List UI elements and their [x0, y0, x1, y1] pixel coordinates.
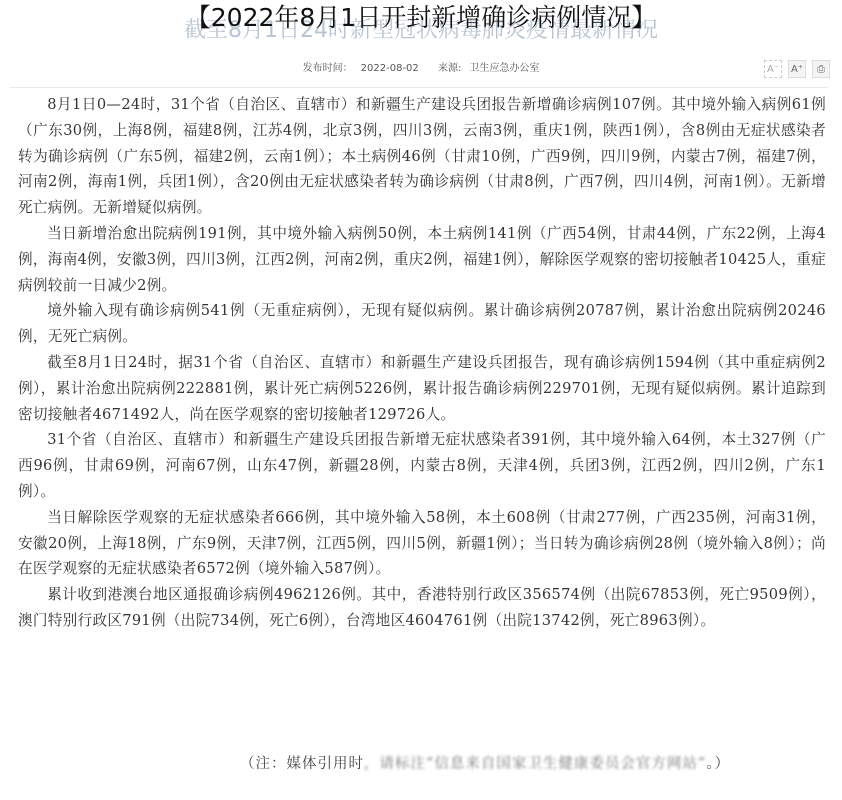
- font-decrease-icon: A⁻: [767, 64, 779, 75]
- paragraph-cumulative: 截至8月1日24时，据31个省（自治区、直辖市）和新疆生产建设兵团报告，现有确诊…: [18, 350, 826, 427]
- article-meta: 发布时间：2022-08-02 来源:卫生应急办公室: [0, 59, 842, 74]
- source-label: 来源:: [438, 63, 461, 74]
- paragraph-imported-current: 境外输入现有确诊病例541例（无重症病例），无现有疑似病例。累计确诊病例2078…: [18, 298, 826, 350]
- overlay-title: 【2022年8月1日开封新增确诊病例情况】: [0, 2, 842, 34]
- decrease-font-button[interactable]: A⁻: [764, 60, 782, 78]
- font-increase-icon: A⁺: [791, 64, 803, 75]
- citation-note: （注：媒体引用时，请标注“信息来自国家卫生健康委员会官方网站”。）: [240, 752, 820, 773]
- paragraph-recovered: 当日新增治愈出院病例191例，其中境外输入病例50例，本土病例141例（广西54…: [18, 221, 826, 298]
- paragraph-hk-macao-taiwan: 累计收到港澳台地区通报确诊病例4962126例。其中，香港特别行政区356574…: [18, 582, 826, 634]
- note-blurred: ，请标注“信息来自国家卫生健康委员会官方网站”: [364, 756, 706, 772]
- publish-date: 2022-08-02: [361, 63, 419, 74]
- paragraph-asymptomatic-released: 当日解除医学观察的无症状感染者666例，其中境外输入58例，本土608例（甘肃2…: [18, 505, 826, 582]
- source-info: 来源:卫生应急办公室: [434, 63, 543, 74]
- article-toolbar: A⁻ A⁺ ⎙: [764, 60, 830, 78]
- publish-label-text: 发布时间：: [303, 63, 353, 74]
- publish-label: 发布时间：2022-08-02: [299, 63, 423, 74]
- article-body: 8月1日0—24时，31个省（自治区、直辖市）和新疆生产建设兵团报告新增确诊病例…: [18, 92, 826, 634]
- header-divider: [10, 87, 828, 88]
- paragraph-new-cases: 8月1日0—24时，31个省（自治区、直辖市）和新疆生产建设兵团报告新增确诊病例…: [18, 92, 826, 221]
- increase-font-button[interactable]: A⁺: [788, 60, 806, 78]
- note-suffix: 。）: [706, 756, 730, 772]
- source-name: 卫生应急办公室: [469, 63, 539, 74]
- paragraph-asymptomatic-new: 31个省（自治区、直辖市）和新疆生产建设兵团报告新增无症状感染者391例，其中境…: [18, 427, 826, 504]
- print-icon: ⎙: [817, 64, 825, 75]
- print-button[interactable]: ⎙: [812, 60, 830, 78]
- note-prefix: （注：媒体引用时: [240, 756, 364, 772]
